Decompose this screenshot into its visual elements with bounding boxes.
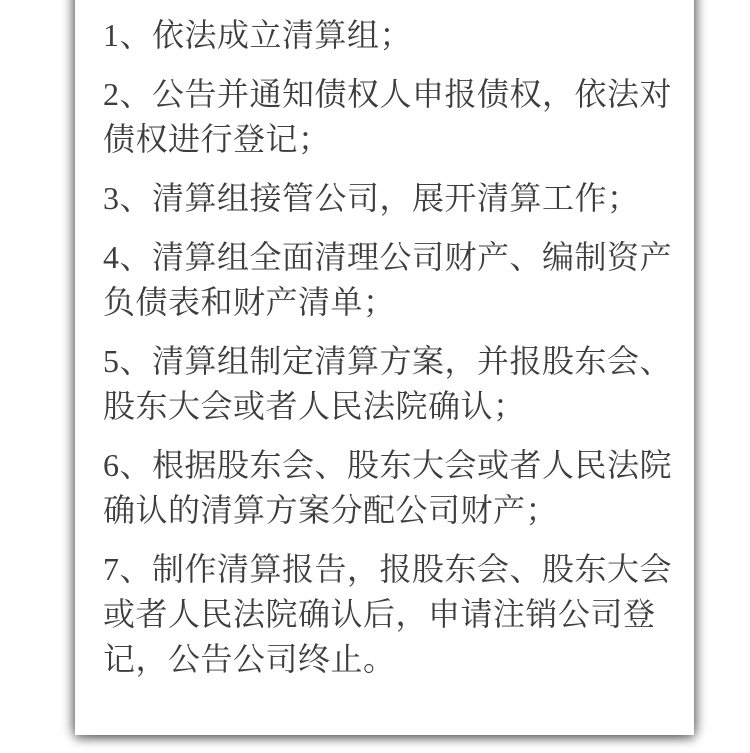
procedure-list: 1、依法成立清算组；2、公告并通知债权人申报债权，依法对 债权进行登记；3、清算… bbox=[103, 13, 693, 682]
list-item: 1、依法成立清算组； bbox=[103, 13, 693, 58]
list-item: 2、公告并通知债权人申报债权，依法对 债权进行登记； bbox=[103, 72, 693, 162]
list-item: 6、根据股东会、股东大会或者人民法院 确认的清算方案分配公司财产； bbox=[103, 443, 693, 533]
list-item: 7、制作清算报告，报股东会、股东大会 或者人民法院确认后，申请注销公司登 记，公… bbox=[103, 547, 693, 682]
list-item: 3、清算组接管公司，展开清算工作； bbox=[103, 176, 693, 221]
document-page: 1、依法成立清算组；2、公告并通知债权人申报债权，依法对 债权进行登记；3、清算… bbox=[75, 0, 694, 735]
list-item: 4、清算组全面清理公司财产、编制资产 负债表和财产清单； bbox=[103, 235, 693, 325]
list-item: 5、清算组制定清算方案，并报股东会、 股东大会或者人民法院确认； bbox=[103, 339, 693, 429]
canvas: 1、依法成立清算组；2、公告并通知债权人申报债权，依法对 债权进行登记；3、清算… bbox=[0, 0, 750, 753]
